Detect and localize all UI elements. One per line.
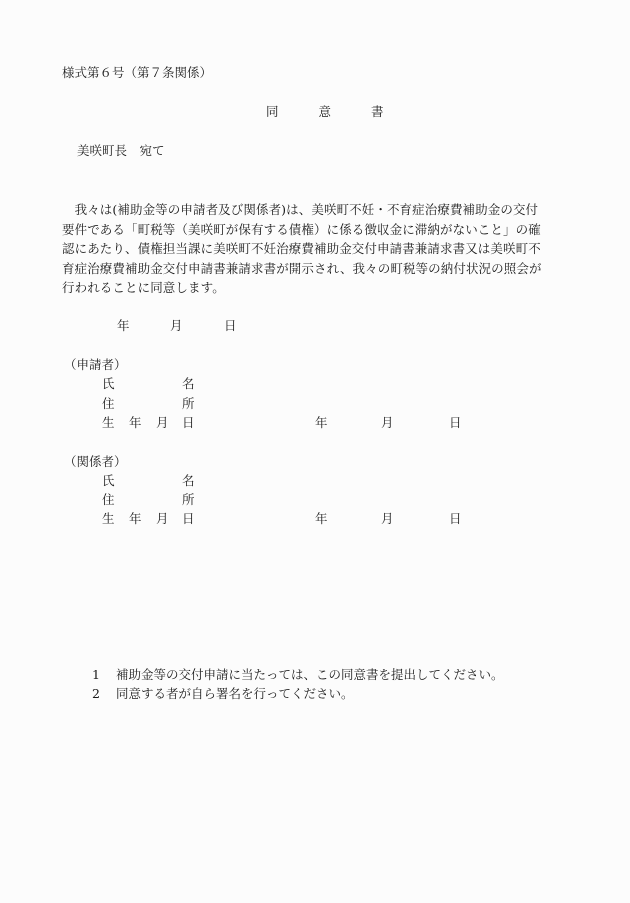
- applicant-heading: （申請者）: [64, 359, 127, 372]
- paragraph-line: 育症治療費補助金交付申請書兼請求書が開示され、我々の町税等の納付状況の照会が: [62, 259, 582, 279]
- applicant-birth-year: 年: [315, 417, 328, 430]
- applicant-birth-label: 年: [129, 417, 142, 430]
- note-number: 2: [92, 688, 116, 701]
- applicant-birth-label: 月: [156, 417, 169, 430]
- related-birth-month: 月: [381, 513, 394, 526]
- applicant-address-label: 住: [102, 398, 115, 411]
- document-title: 同 意 書: [266, 106, 383, 119]
- form-number: 様式第６号（第７条関係）: [62, 67, 212, 80]
- consent-paragraph: 我々は(補助金等の申請者及び関係者)は、美咲町不妊・不育症治療費補助金の交付 要…: [62, 200, 582, 298]
- applicant-name-label: 氏: [102, 378, 115, 391]
- title-char: 意: [318, 106, 331, 119]
- paragraph-line: 我々は(補助金等の申請者及び関係者)は、美咲町不妊・不育症治療費補助金の交付: [62, 200, 582, 220]
- paragraph-line: 認にあたり、債権担当課に美咲町不妊治療費補助金交付申請書兼請求書又は美咲町不: [62, 239, 582, 259]
- related-name-label: 氏: [102, 475, 115, 488]
- note-number: 1: [92, 669, 116, 682]
- date-day-label: 日: [224, 320, 237, 333]
- related-name-label: 名: [182, 475, 195, 488]
- applicant-birth-month: 月: [381, 417, 394, 430]
- note-text: 同意する者が自ら署名を行ってください。: [116, 686, 354, 701]
- note-text: 補助金等の交付申請に当たっては、この同意書を提出してください。: [116, 667, 504, 682]
- related-birth-year: 年: [315, 513, 328, 526]
- related-birth-day: 日: [449, 513, 462, 526]
- title-char: 書: [371, 106, 384, 119]
- date-month-label: 月: [170, 320, 183, 333]
- applicant-birth-label: 生: [102, 417, 115, 430]
- applicant-birth-day: 日: [449, 417, 462, 430]
- related-address-label: 所: [182, 494, 195, 507]
- related-address-label: 住: [102, 494, 115, 507]
- related-birth-label: 生: [102, 513, 115, 526]
- applicant-name-label: 名: [182, 378, 195, 391]
- related-birth-label: 月: [156, 513, 169, 526]
- applicant-birth-label: 日: [182, 417, 195, 430]
- note-item: 2同意する者が自ら署名を行ってください。: [92, 688, 354, 701]
- related-person-heading: （関係者）: [64, 456, 127, 469]
- applicant-address-label: 所: [182, 398, 195, 411]
- addressee: 美咲町長 宛て: [77, 145, 165, 158]
- title-char: 同: [266, 106, 279, 119]
- related-birth-label: 日: [182, 513, 195, 526]
- note-item: 1補助金等の交付申請に当たっては、この同意書を提出してください。: [92, 669, 504, 682]
- date-year-label: 年: [117, 320, 130, 333]
- related-birth-label: 年: [129, 513, 142, 526]
- paragraph-line: 行われることに同意します。: [62, 278, 582, 298]
- paragraph-line: 要件である「町税等（美咲町が保有する債権）に係る徴収金に滞納がないこと」の確: [62, 220, 582, 240]
